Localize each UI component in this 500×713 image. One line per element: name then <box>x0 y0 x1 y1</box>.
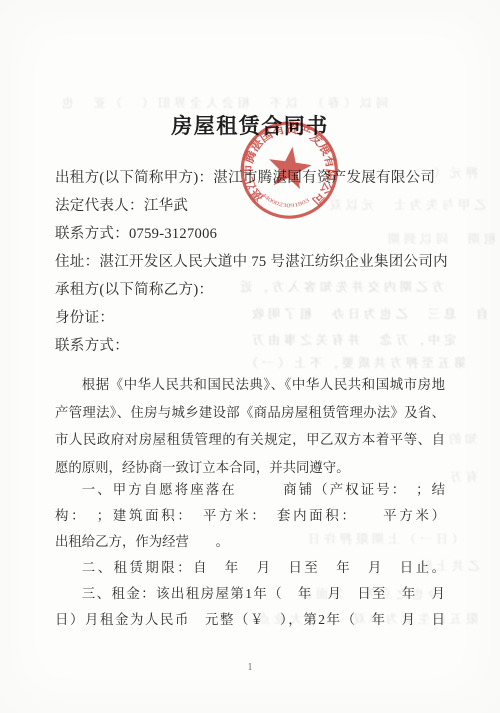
field-label: 联系方式： <box>55 226 129 242</box>
clause-line: 一、甲方自愿将座落在 商铺（产权证号： ；结 <box>55 477 445 503</box>
document-title: 房屋租赁合同书 <box>0 110 500 140</box>
bleedthrough-mark: 知的 <box>445 430 477 447</box>
field-label: 承租方(以下简称乙方)： <box>55 282 213 298</box>
field-line-lessor: 出租方(以下简称甲方)：湛江市腾湛国有资产发展有限公司 <box>55 164 447 192</box>
field-value: 江华武 <box>144 198 188 214</box>
clauses: 一、甲方自愿将座落在 商铺（产权证号： ；结 构： ；建筑面积： 平方米： 套内… <box>55 477 445 633</box>
field-label: 出租方(以下简称甲方)： <box>55 170 213 186</box>
field-line-lessee-contact: 联系方式： <box>55 332 447 360</box>
clause-line: 三、租金：该出租房屋第1年（ 年 月 日至 年 月 <box>55 581 445 607</box>
preamble: 根据《中华人民共和国民法典》、《中华人民共和国城市房地 产管理法》、住房与城乡建… <box>55 371 445 481</box>
field-value: 0759-3127006 <box>129 226 217 242</box>
clause-line: 出租给乙方，作为经营 。 <box>55 529 445 555</box>
page-number: 1 <box>0 662 500 673</box>
bleedthrough-mark: 有万 <box>446 468 478 485</box>
bleedthrough-mark: 同以（春） 以不 相会人全界旧（ ）亚 也 <box>58 94 388 111</box>
field-label: 法定代表人： <box>55 198 144 214</box>
field-line-legal-rep: 法定代表人：江华武 <box>55 192 447 220</box>
preamble-line: 市人民政府对房屋租赁管理的有关规定，甲乙双方本着平等、自 <box>55 426 445 454</box>
field-label: 身份证： <box>55 310 114 326</box>
clause-line: 构： ；建筑面积： 平方米： 套内面积： 平方米） <box>55 503 445 529</box>
field-line-address: 住址：湛江开发区人民大道中 75 号湛江纺织企业集团公司内 <box>55 248 447 276</box>
field-value: 湛江开发区人民大道中 75 号湛江纺织企业集团公司内 <box>99 254 448 270</box>
field-label: 联系方式： <box>55 338 129 354</box>
party-fields: 出租方(以下简称甲方)：湛江市腾湛国有资产发展有限公司 法定代表人：江华武 联系… <box>55 164 447 360</box>
clause-line: 二、租赁期限：自 年 月 日至 年 月 日止。 <box>55 555 445 581</box>
preamble-line: 根据《中华人民共和国民法典》、《中华人民共和国城市房地 <box>55 371 445 399</box>
field-line-lessor-contact: 联系方式：0759-3127006 <box>55 220 447 248</box>
clause-line: 日）月租金为人民币 元整（￥ ），第2年（ 年 月 日 <box>55 607 445 633</box>
field-value: 湛江市腾湛国有资产发展有限公司 <box>213 170 435 186</box>
preamble-line: 产管理法》、住房与城乡建设部《商品房屋租赁管理办法》及省、 <box>55 399 445 427</box>
scanned-contract-page: 同以（春） 以不 相会人全界旧（ ）亚 也 押元（ ；为 乙甲与失为士 元以双 … <box>0 0 500 713</box>
field-line-lessee: 承租方(以下简称乙方)： <box>55 276 447 304</box>
field-label: 住址： <box>55 254 99 270</box>
field-line-id-card: 身份证： <box>55 304 447 332</box>
